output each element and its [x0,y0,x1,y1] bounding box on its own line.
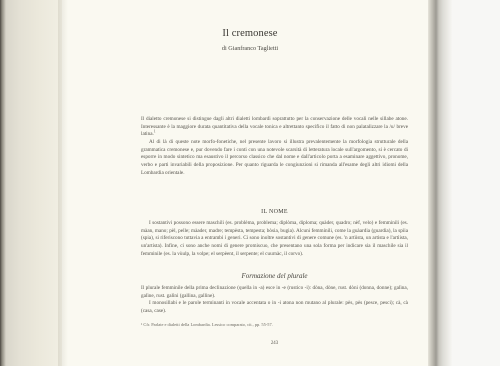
footnote-reference: 1 [154,130,156,134]
chapter-title: Il cremonese [150,28,350,39]
subsection-heading: Formazione del plurale [141,272,408,280]
intro-paragraph-2: Al di là di queste note morfo-fonetiche,… [141,139,408,178]
section-paragraph: I sostantivi possono essere maschili (es… [141,220,408,259]
subsection-paragraph-1: Il plurale femminile della prima declina… [141,285,408,300]
scanned-book-spread: Il cremonese di Gianfranco Taglietti Il … [0,0,500,366]
subsection-paragraph-2: I monosillabi e le parole terminanti in … [141,300,408,315]
chapter-author: di Gianfranco Taglietti [150,45,350,52]
book-gutter [428,0,452,366]
intro-paragraph-1-text: Il dialetto cremonese si distingue dagli… [141,116,408,137]
section-heading: IL NOME [141,209,408,215]
page-number: 243 [141,341,408,346]
facing-page [452,0,500,366]
page-edge-shadow [58,0,68,366]
page-stack-edge [0,0,62,366]
intro-paragraph-1: Il dialetto cremonese si distingue dagli… [141,116,408,139]
footnote: ¹ Cfr. Parlate e dialetti della Lombardi… [141,322,408,327]
